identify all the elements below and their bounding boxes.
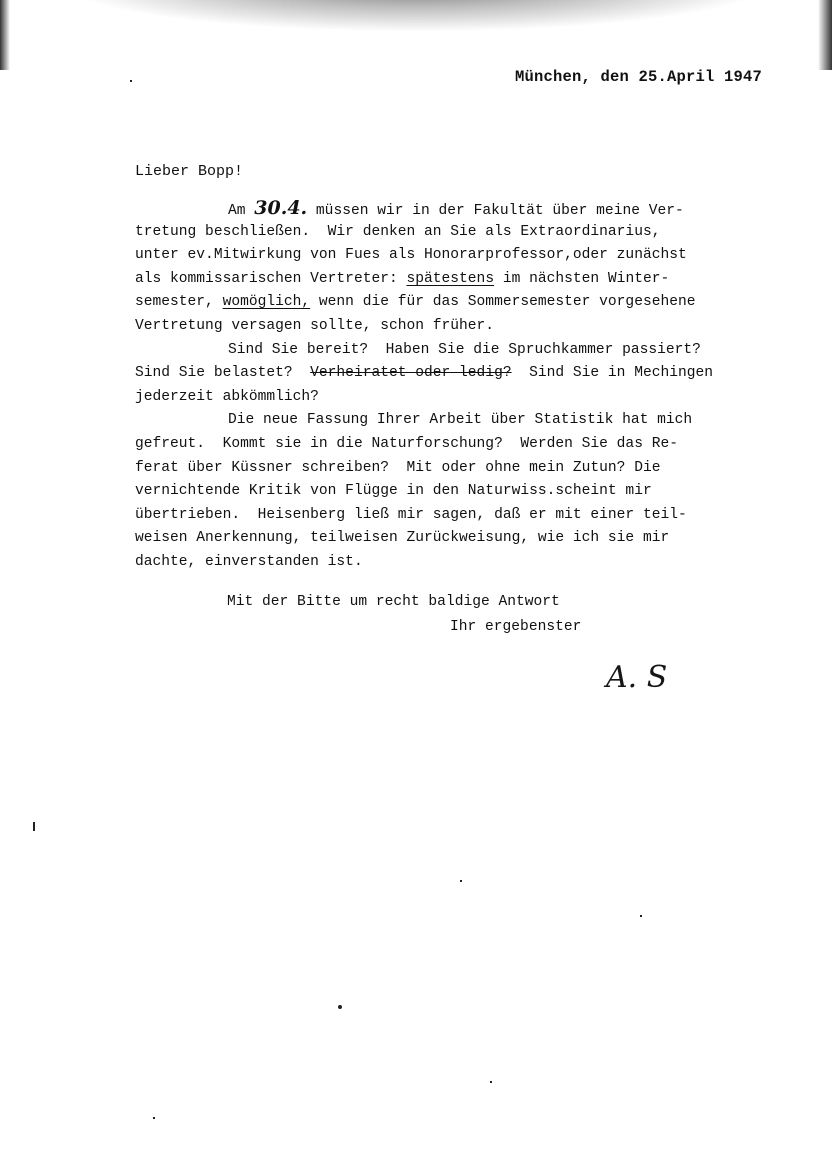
body-line: dachte, einverstanden ist.	[135, 551, 815, 575]
body-line: unter ev.Mitwirkung von Fues als Honorar…	[135, 244, 815, 268]
body-line: weisen Anerkennung, teilweisen Zurückwei…	[135, 527, 815, 551]
body-line: Sind Sie bereit? Haben Sie die Spruchkam…	[135, 339, 815, 363]
scan-speck	[490, 1081, 492, 1083]
body-line: Vertretung versagen sollte, schon früher…	[135, 315, 815, 339]
body-line: tretung beschließen. Wir denken an Sie a…	[135, 221, 815, 245]
scan-speck	[460, 880, 462, 882]
body-line: Die neue Fassung Ihrer Arbeit über Stati…	[135, 409, 815, 433]
scan-speck	[640, 915, 642, 917]
body-line: ferat über Küssner schreiben? Mit oder o…	[135, 457, 815, 481]
scan-speck	[33, 822, 35, 831]
body-line: vernichtende Kritik von Flügge in den Na…	[135, 480, 815, 504]
body-line: Sind Sie belastet? Verheiratet oder ledi…	[135, 362, 815, 386]
complimentary-close: Ihr ergebenster	[450, 619, 581, 635]
handwritten-date: 30.4.	[254, 197, 307, 219]
letter-body: Am 30.4. müssen wir in der Fakultät über…	[135, 197, 815, 575]
underlined-word: spätestens	[407, 271, 495, 287]
closing-line: Mit der Bitte um recht baldige Antwort	[227, 594, 560, 610]
body-line: semester, womöglich, wenn die für das So…	[135, 291, 815, 315]
body-line: Am 30.4. müssen wir in der Fakultät über…	[135, 197, 815, 221]
signature: A. S	[606, 660, 667, 695]
scan-speck	[153, 1117, 155, 1119]
scan-shadow-top	[0, 0, 832, 40]
body-line: übertrieben. Heisenberg ließ mir sagen, …	[135, 504, 815, 528]
body-line: gefreut. Kommt sie in die Naturforschung…	[135, 433, 815, 457]
scan-shadow-right	[818, 0, 832, 70]
letter-page: München, den 25.April 1947 Lieber Bopp! …	[0, 0, 832, 1169]
scan-shadow-left	[0, 0, 10, 70]
body-line: jederzeit abkömmlich?	[135, 386, 815, 410]
salutation: Lieber Bopp!	[135, 163, 243, 180]
place-date: München, den 25.April 1947	[515, 68, 762, 86]
struck-text: Verheiratet oder ledig?	[310, 365, 511, 381]
scan-speck	[130, 80, 132, 82]
body-line: als kommissarischen Vertreter: spätesten…	[135, 268, 815, 292]
scan-speck	[338, 1005, 342, 1009]
underlined-word: womöglich,	[223, 294, 311, 310]
